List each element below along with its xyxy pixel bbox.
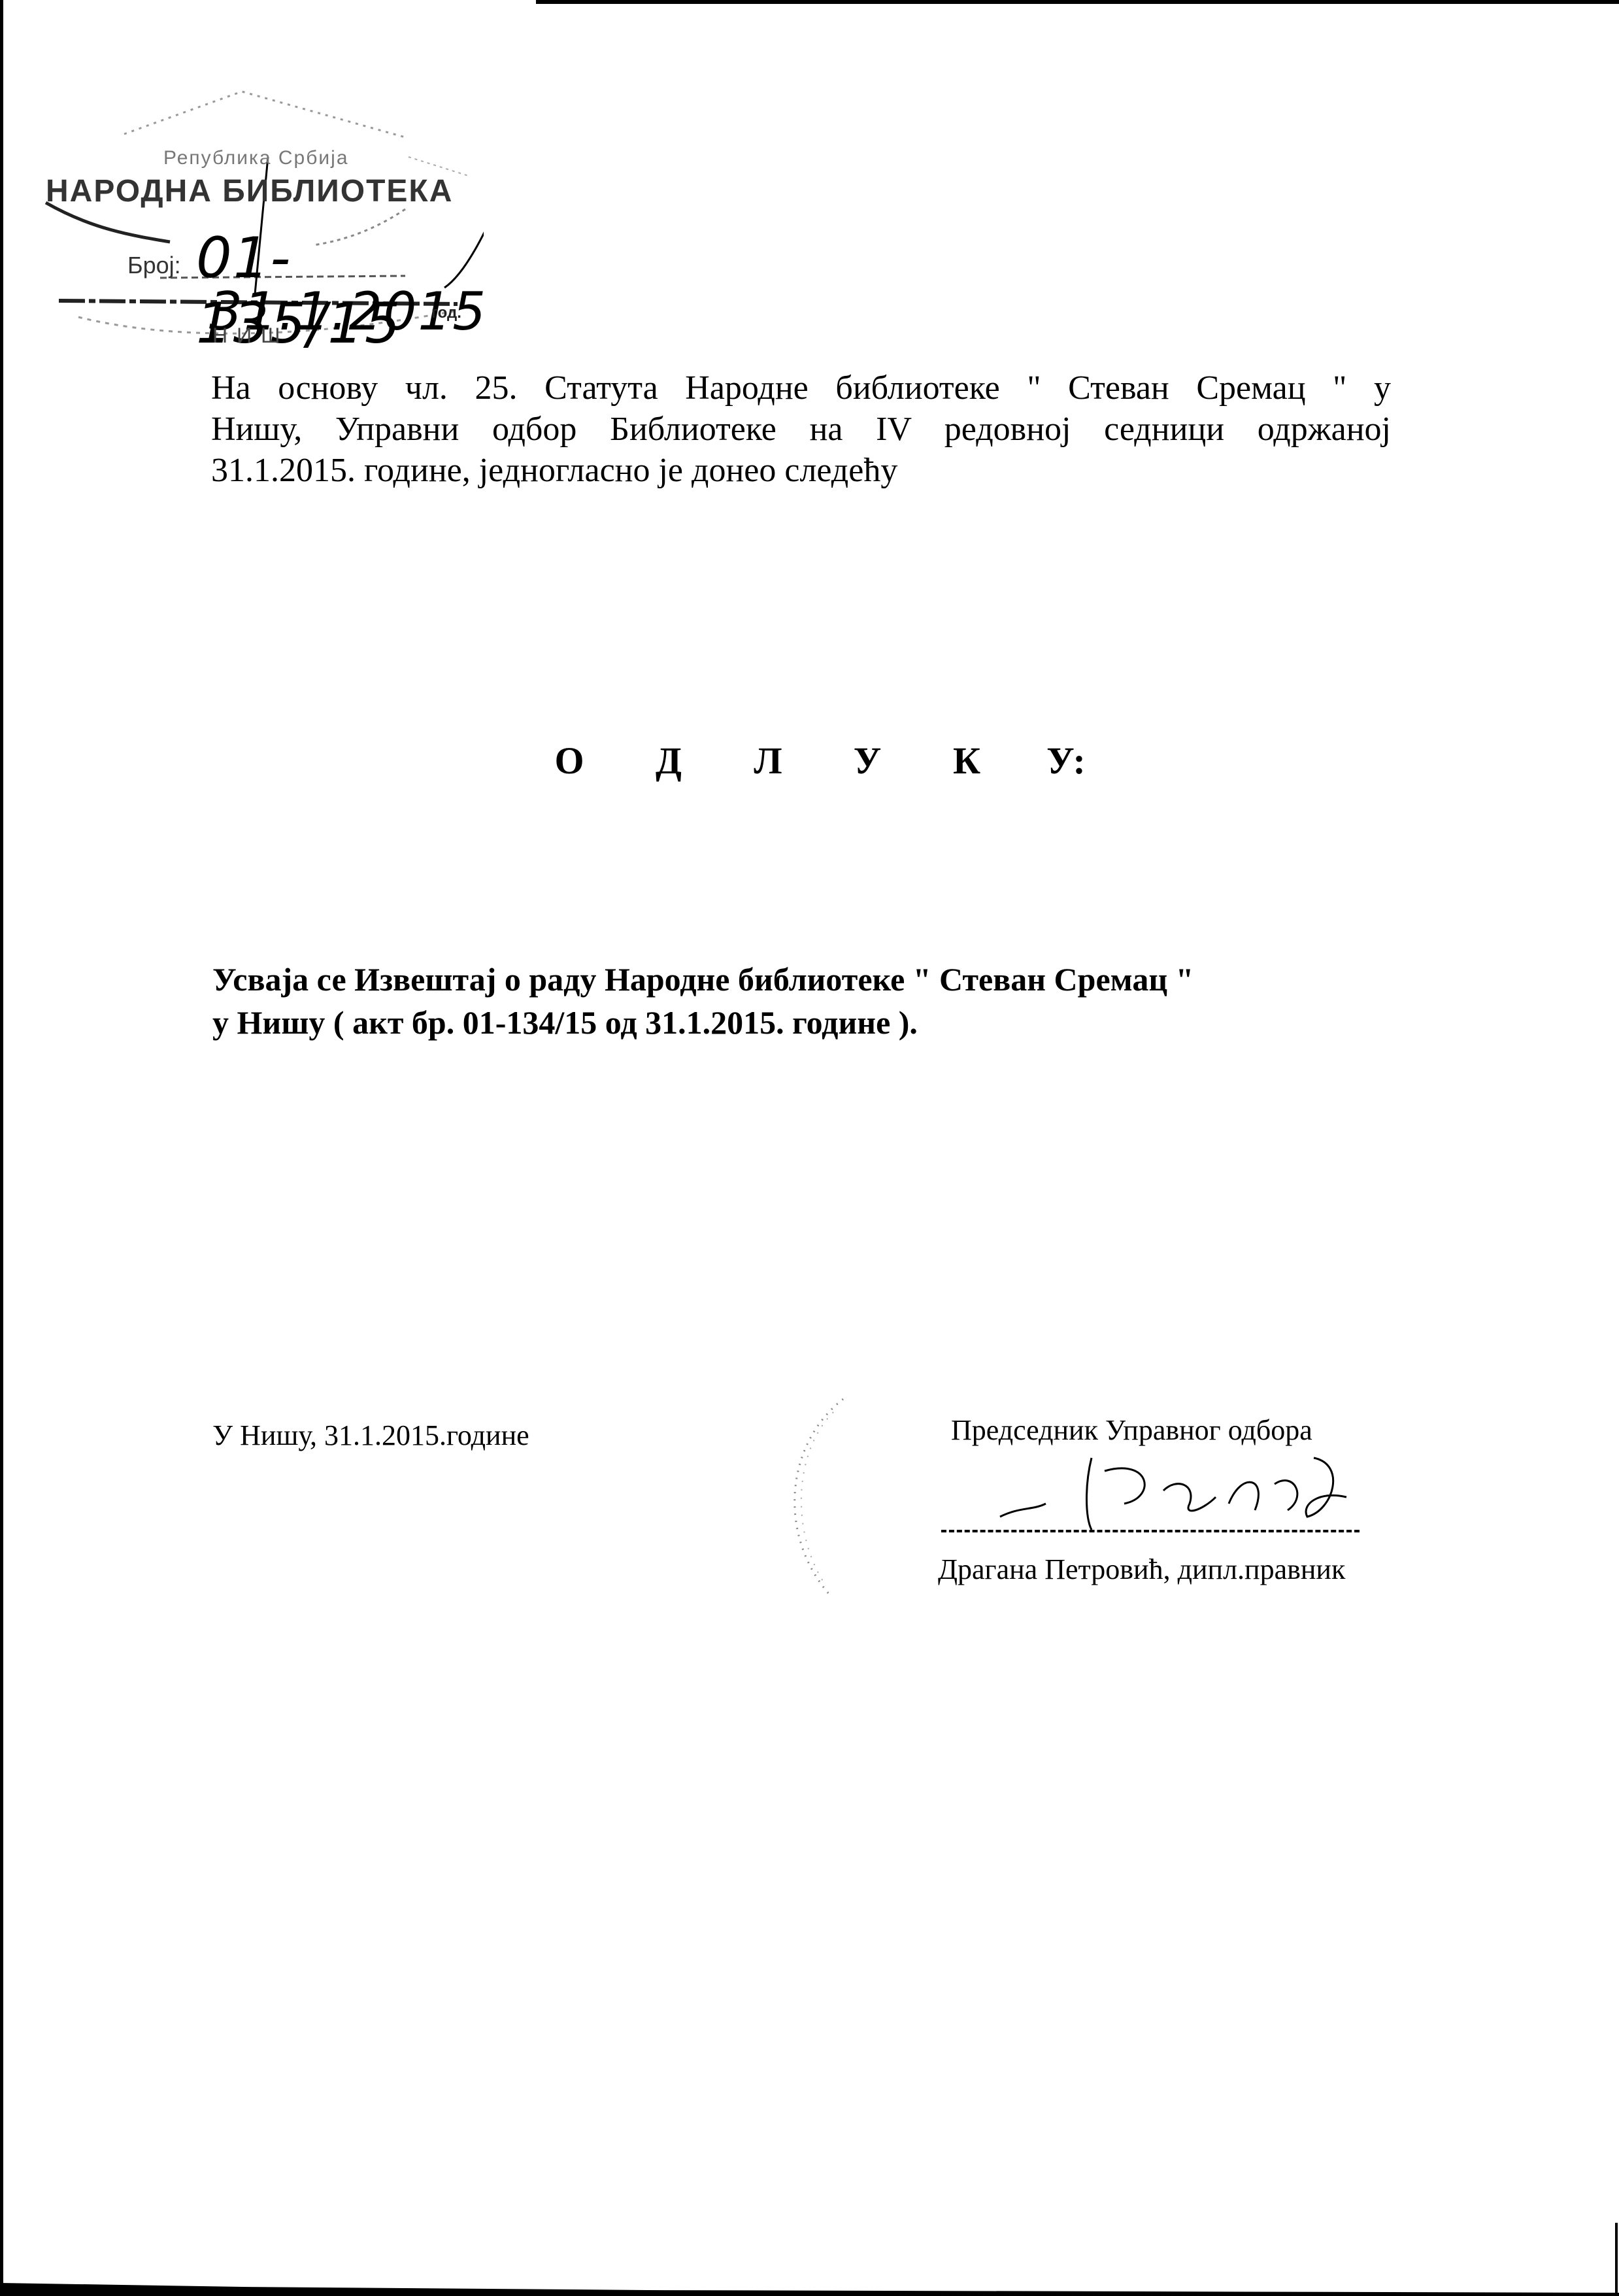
scan-edge-bottom [0,2283,1619,2296]
signature-line [941,1530,1360,1532]
heading-letter: Д [642,739,695,783]
stamp-institution: НАРОДНА БИБЛИОТЕКА [46,173,453,209]
registry-stamp: Република Србија НАРОДНА БИБЛИОТЕКА Број… [39,78,484,353]
scan-edge-left [0,0,3,2296]
seal-impression-icon [771,1393,850,1602]
decision-heading: О Д Л У К У: [542,739,1093,783]
resolution-paragraph: Усваја се Извештај о раду Народне библио… [212,958,1376,1044]
preamble-line: На основу чл. 25. Статута Народне библио… [211,367,1391,409]
preamble-line: Нишу, Управни одбор Библиотеке на IV ред… [211,409,1391,450]
heading-letter: О [542,739,596,783]
stamp-year-suffix: год. [431,304,461,322]
stamp-city: НИШ [212,324,289,348]
stamp-header: Република Србија [163,147,349,169]
preamble-line: 31.1.2015. године, једногласно је донео … [211,450,1391,491]
scan-edge-top [536,0,1619,4]
signatory-role: Председник Управног одбора [951,1413,1312,1447]
scanned-document-page: Република Србија НАРОДНА БИБЛИОТЕКА Број… [0,0,1619,2296]
heading-letter: Л [741,739,795,783]
heading-letter: К [940,739,993,783]
signatory-name: Драгана Петровић, дипл.правник [938,1553,1345,1586]
resolution-line: Усваја се Извештај о раду Народне библио… [212,958,1376,1001]
heading-letter: У: [1039,739,1093,783]
stamp-number-label: Број: [127,252,181,279]
resolution-line: у Нишу ( акт бр. 01-134/15 од 31.1.2015.… [212,1001,1376,1044]
preamble-paragraph: На основу чл. 25. Статута Народне библио… [211,367,1391,491]
scan-edge-right [1615,2223,1618,2296]
heading-letter: У [841,739,894,783]
place-and-date: У Нишу, 31.1.2015.године [212,1419,529,1452]
handwritten-signature-icon [993,1445,1360,1536]
